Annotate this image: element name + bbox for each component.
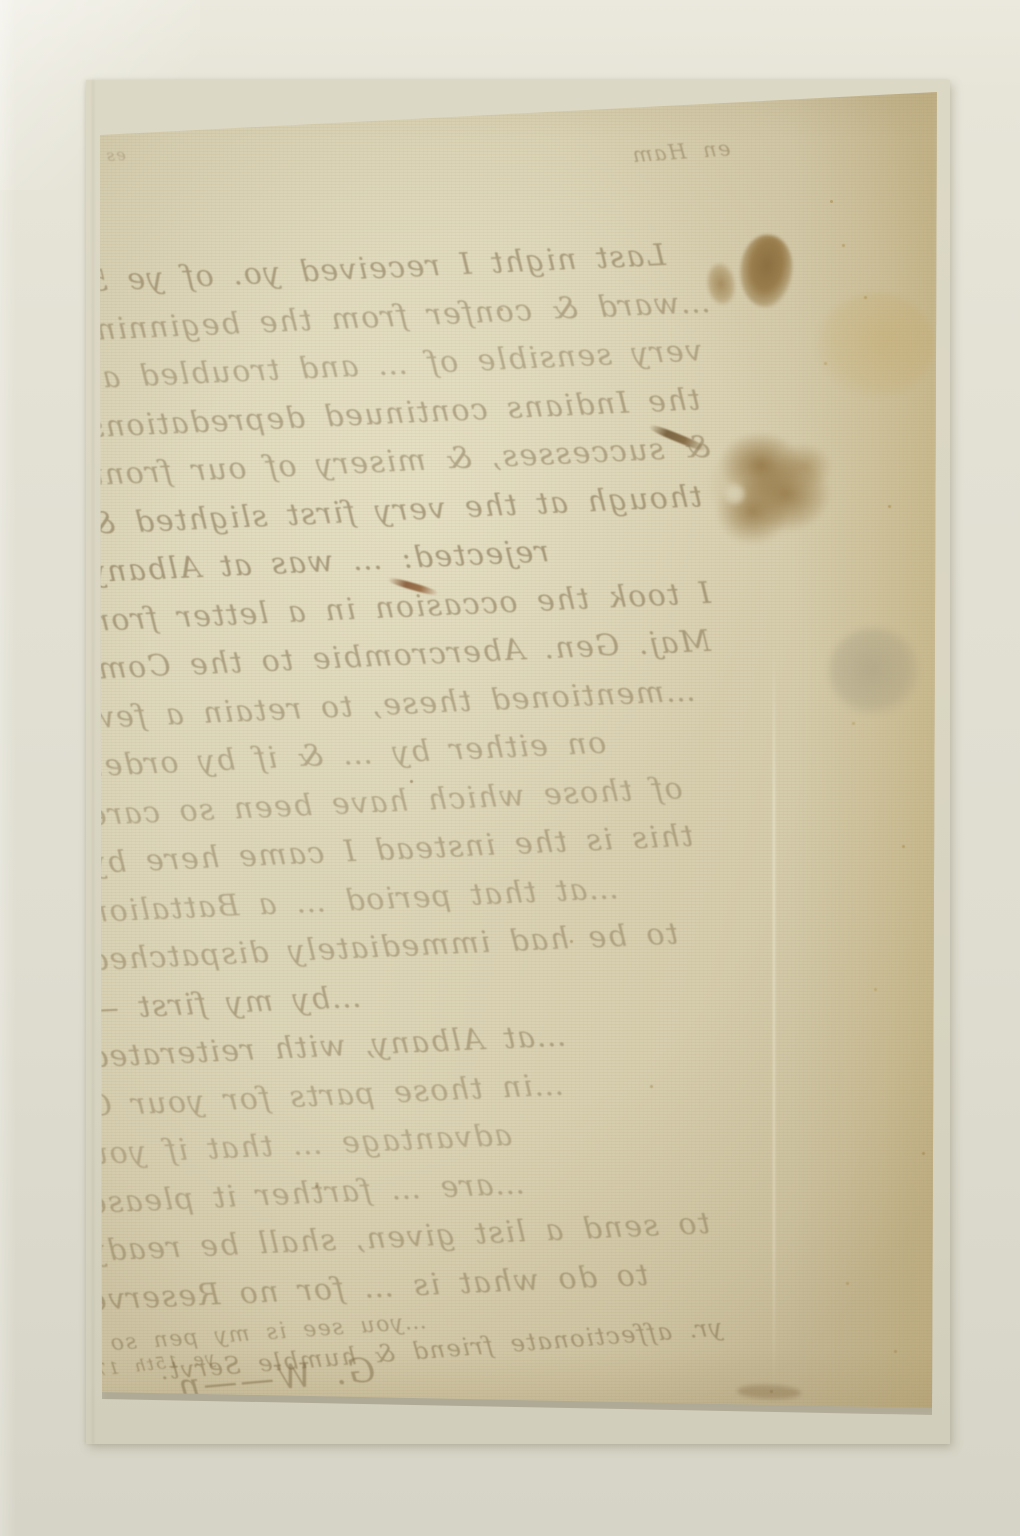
page-vignette bbox=[95, 85, 945, 1415]
letter-page: Last night I received yo. of ye 5…ward &… bbox=[95, 85, 945, 1415]
scanned-letter-verso: Last night I received yo. of ye 5…ward &… bbox=[0, 0, 1020, 1536]
backing-crease bbox=[92, 80, 94, 1444]
scan-left-strip bbox=[0, 0, 16, 1536]
